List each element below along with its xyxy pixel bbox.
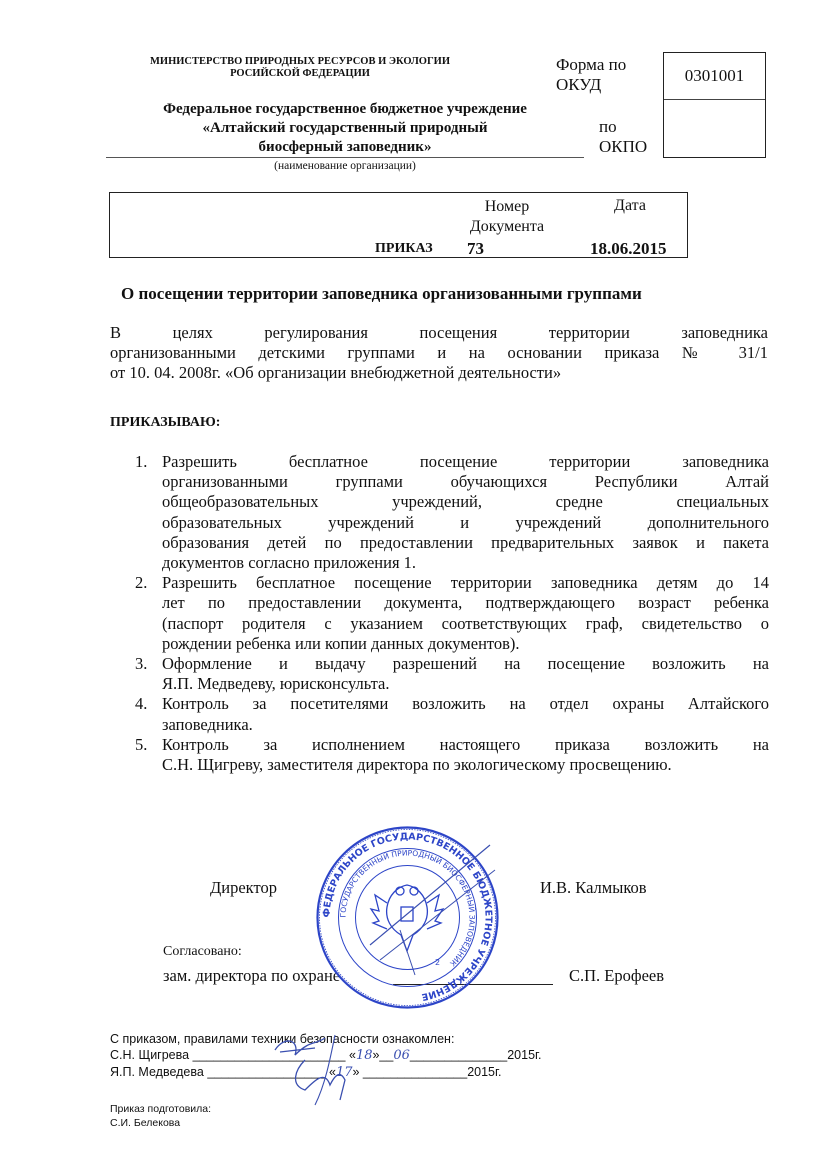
director-name: И.В. Калмыков bbox=[540, 878, 647, 898]
handwritten-signature-icon bbox=[255, 1030, 395, 1110]
org-caption: (наименование организации) bbox=[106, 160, 584, 172]
item-line: организованными группами обучающихся Рес… bbox=[162, 472, 769, 492]
director-title: Директор bbox=[210, 878, 277, 898]
org-underline bbox=[106, 157, 584, 158]
item-number: 5. bbox=[135, 735, 147, 755]
decree-item-3: 3. Оформление и выдачу разрешений на пос… bbox=[135, 654, 769, 694]
item-line: лет по предоставлении документа, подтвер… bbox=[162, 593, 769, 613]
okud-label-line-2: ОКУД bbox=[556, 75, 626, 95]
ack-name: Я.П. Медведева bbox=[110, 1065, 204, 1079]
okud-label-line-1: Форма по bbox=[556, 55, 626, 75]
item-line: (паспорт родителя с указанием соответств… bbox=[162, 614, 769, 634]
preamble-line: от 10. 04. 2008г. «Об организации внебюд… bbox=[110, 363, 768, 383]
prepared-label: Приказ подготовила: bbox=[110, 1102, 211, 1116]
decree-items: 1. Разрешить бесплатное посещение террит… bbox=[135, 452, 769, 775]
org-line-3: биосферный заповедник» bbox=[106, 138, 584, 157]
doc-number-header-line-1: Номер bbox=[462, 197, 552, 217]
decree-item-4: 4. Контроль за посетителями возложить на… bbox=[135, 694, 769, 734]
doc-date-header: Дата bbox=[595, 197, 665, 215]
okud-code: 0301001 bbox=[664, 53, 765, 100]
ministry-name: МИНИСТЕРСТВО ПРИРОДНЫХ РЕСУРСОВ И ЭКОЛОГ… bbox=[150, 56, 450, 80]
agreed-label: Согласовано: bbox=[163, 944, 242, 960]
item-line: заповедника. bbox=[162, 715, 769, 735]
item-line: Контроль за исполнением настоящего прика… bbox=[162, 735, 769, 755]
stamp-number: 2 bbox=[435, 958, 440, 967]
doc-type: ПРИКАЗ bbox=[375, 241, 433, 257]
okpo-label: по ОКПО bbox=[599, 117, 647, 157]
item-line: Разрешить бесплатное посещение территори… bbox=[162, 573, 769, 593]
decree-item-5: 5. Контроль за исполнением настоящего пр… bbox=[135, 735, 769, 775]
item-number: 2. bbox=[135, 573, 147, 593]
item-line: образования детей по предоставлении пред… bbox=[162, 533, 769, 553]
doc-number-header-line-2: Документа bbox=[462, 217, 552, 237]
doc-number-header: Номер Документа bbox=[462, 197, 552, 237]
document-title: О посещении территории заповедника орган… bbox=[121, 284, 642, 304]
organization-name: Федеральное государственное бюджетное уч… bbox=[106, 100, 584, 157]
item-line: Контроль за посетителями возложить на от… bbox=[162, 694, 769, 714]
item-line: образовательных учреждений и учреждений … bbox=[162, 513, 769, 533]
preamble-line: В целях регулирования посещения территор… bbox=[110, 323, 768, 343]
item-line: Разрешить бесплатное посещение территори… bbox=[162, 452, 769, 472]
org-line-1: Федеральное государственное бюджетное уч… bbox=[106, 100, 584, 119]
org-line-2: «Алтайский государственный природный bbox=[106, 119, 584, 138]
ministry-line-2: РОСИЙСКОЙ ФЕДЕРАЦИИ bbox=[150, 68, 450, 80]
doc-date: 18.06.2015 bbox=[590, 239, 667, 259]
item-line: Я.П. Медведеву, юрисконсульта. bbox=[162, 674, 769, 694]
item-number: 1. bbox=[135, 452, 147, 472]
prepared-name: С.И. Белекова bbox=[110, 1116, 211, 1130]
okud-label: Форма по ОКУД bbox=[556, 55, 626, 95]
decree-item-2: 2. Разрешить бесплатное посещение террит… bbox=[135, 573, 769, 654]
deputy-name: С.П. Ерофеев bbox=[569, 966, 664, 986]
deputy-title: зам. директора по охране bbox=[163, 966, 340, 986]
item-line: рождении ребенка или копии данных докуме… bbox=[162, 634, 769, 654]
codes-box: 0301001 bbox=[663, 52, 766, 158]
doc-number: 73 bbox=[467, 239, 484, 259]
item-line: общеобразовательных учреждений, средне с… bbox=[162, 492, 769, 512]
ack-year: 2015г. bbox=[507, 1048, 541, 1062]
item-line: Оформление и выдачу разрешений на посеще… bbox=[162, 654, 769, 674]
item-line: С.Н. Щигреву, заместителя директора по э… bbox=[162, 755, 769, 775]
decree-word: ПРИКАЗЫВАЮ: bbox=[110, 415, 220, 431]
ack-month: 06 bbox=[393, 1048, 410, 1063]
item-line: документов согласно приложения 1. bbox=[162, 553, 769, 573]
preamble: В целях регулирования посещения территор… bbox=[110, 323, 768, 383]
okpo-label-line-1: по bbox=[599, 117, 647, 137]
item-number: 3. bbox=[135, 654, 147, 674]
ministry-line-1: МИНИСТЕРСТВО ПРИРОДНЫХ РЕСУРСОВ И ЭКОЛОГ… bbox=[150, 56, 450, 68]
ack-year: 2015г. bbox=[467, 1065, 501, 1079]
prepared-by: Приказ подготовила: С.И. Белекова bbox=[110, 1102, 211, 1130]
official-stamp-icon: ФЕДЕРАЛЬНОЕ ГОСУДАРСТВЕННОЕ БЮДЖЕТНОЕ УЧ… bbox=[315, 825, 500, 1010]
ack-name: С.Н. Щигрева bbox=[110, 1048, 189, 1062]
preamble-line: организованными детскими группами и на о… bbox=[110, 343, 768, 363]
item-number: 4. bbox=[135, 694, 147, 714]
decree-item-1: 1. Разрешить бесплатное посещение террит… bbox=[135, 452, 769, 573]
okpo-label-line-2: ОКПО bbox=[599, 137, 647, 157]
